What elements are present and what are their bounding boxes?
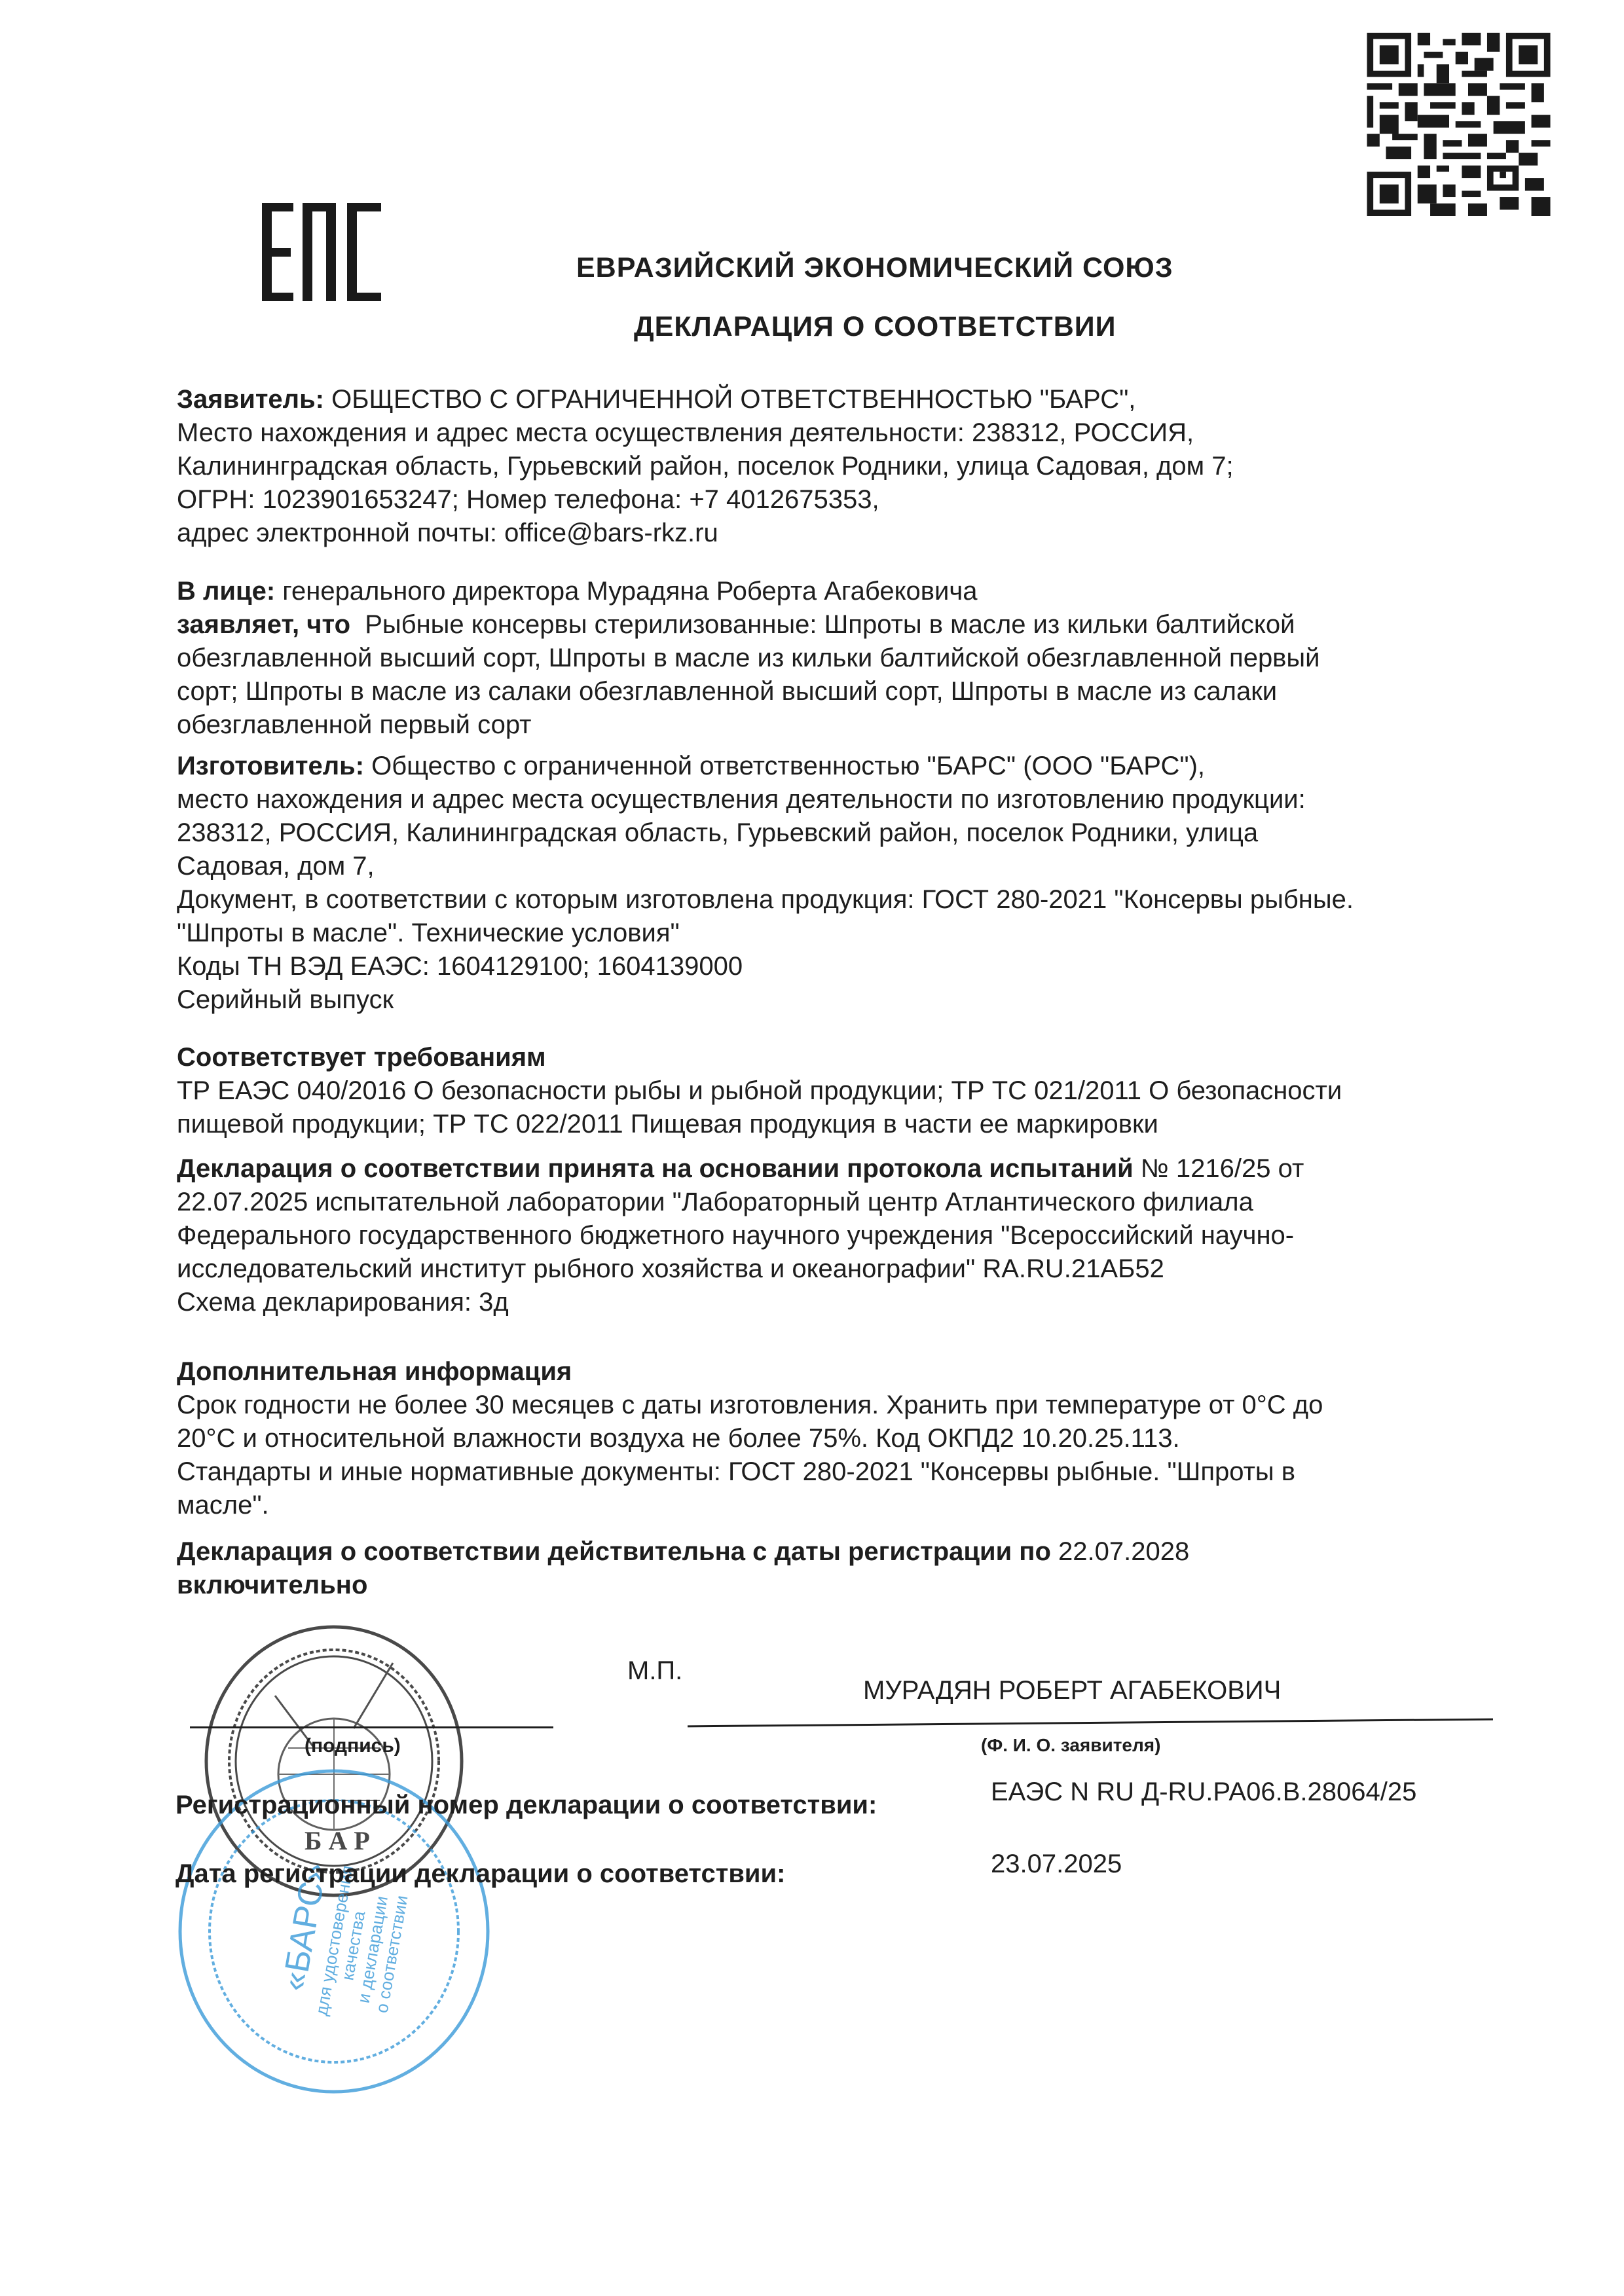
representative-label: В лице:: [177, 577, 275, 606]
signer-name: МУРАДЯН РОБЕРТ АГАБЕКОВИЧ: [863, 1676, 1281, 1705]
protocol-number: № 1216/25 от: [1134, 1154, 1304, 1183]
applicant-ogrn-phone: ОГРН: 1023901653247; Номер телефона: +7 …: [177, 483, 1539, 517]
applicant-name: ОБЩЕСТВО С ОГРАНИЧЕННОЙ ОТВЕТСТВЕННОСТЬЮ…: [324, 385, 1135, 414]
basis-line: 22.07.2025 испытательной лаборатории "Ла…: [177, 1186, 1539, 1219]
registration-date-label: Дата регистрации декларации о соответств…: [175, 1859, 785, 1889]
signature-line: [190, 1726, 553, 1728]
declares-label: заявляет, что: [177, 610, 350, 639]
validity-date: 22.07.2028: [1051, 1537, 1189, 1566]
product-description-line: обезглавленной первый сорт: [177, 708, 1539, 742]
applicant-email: адрес электронной почты: office@bars-rkz…: [177, 517, 1539, 550]
product-description-line: обезглавленной высший сорт, Шпроты в мас…: [177, 642, 1539, 675]
document-title: ДЕКЛАРАЦИЯ О СООТВЕТСТВИИ: [634, 311, 1116, 343]
additional-line: масле".: [177, 1489, 1539, 1522]
compliance-line: пищевой продукции; ТР ТС 022/2011 Пищева…: [177, 1108, 1539, 1141]
compliance-label: Соответствует требованиям: [177, 1041, 1539, 1074]
signature-caption: (подпись): [304, 1735, 401, 1757]
qr-code-icon: [1365, 33, 1552, 216]
applicant-address-line: Место нахождения и адрес места осуществл…: [177, 416, 1539, 450]
compliance-section: Соответствует требованиям ТР ЕАЭС 040/20…: [177, 1041, 1539, 1141]
representative-value: генерального директора Мурадяна Роберта …: [275, 577, 977, 606]
basis-section: Декларация о соответствии принята на осн…: [177, 1152, 1539, 1319]
applicant-address-line: Калининградская область, Гурьевский райо…: [177, 450, 1539, 483]
additional-label: Дополнительная информация: [177, 1355, 1539, 1389]
compliance-line: ТР ЕАЭС 040/2016 О безопасности рыбы и р…: [177, 1074, 1539, 1108]
basis-label: Декларация о соответствии принята на осн…: [177, 1154, 1134, 1183]
serial-production: Серийный выпуск: [177, 983, 1539, 1017]
manufacturer-line: 238312, РОССИЯ, Калининградская область,…: [177, 816, 1539, 850]
product-description-line: сорт; Шпроты в масле из салаки обезглавл…: [177, 675, 1539, 708]
signer-caption: (Ф. И. О. заявителя): [981, 1735, 1160, 1756]
eac-logo-icon: [262, 200, 393, 304]
validity-section: Декларация о соответствии действительна …: [177, 1535, 1539, 1602]
manufacturer-line: Садовая, дом 7,: [177, 850, 1539, 883]
product-description: Рыбные консервы стерилизованные: Шпроты …: [350, 610, 1295, 639]
validity-inclusive: включительно: [177, 1569, 1539, 1602]
registration-date-value: 23.07.2025: [991, 1850, 1122, 1879]
manufacturer-label: Изготовитель:: [177, 752, 364, 780]
additional-line: Стандарты и иные нормативные документы: …: [177, 1455, 1539, 1489]
union-title: ЕВРАЗИЙСКИЙ ЭКОНОМИЧЕСКИЙ СОЮЗ: [576, 252, 1173, 284]
representative-section: В лице: генерального директора Мурадяна …: [177, 575, 1539, 742]
applicant-section: Заявитель: ОБЩЕСТВО С ОГРАНИЧЕННОЙ ОТВЕТ…: [177, 383, 1539, 550]
additional-line: 20°С и относительной влажности воздуха н…: [177, 1422, 1539, 1455]
tn-ved-codes: Коды ТН ВЭД ЕАЭС: 1604129100; 1604139000: [177, 950, 1539, 983]
additional-line: Срок годности не более 30 месяцев с даты…: [177, 1389, 1539, 1422]
manufacturer-name: Общество с ограниченной ответственностью…: [364, 752, 1205, 780]
declaration-scheme: Схема декларирования: 3д: [177, 1286, 1539, 1319]
manufacturer-section: Изготовитель: Общество с ограниченной от…: [177, 750, 1539, 1017]
stamp-placeholder-label: М.П.: [627, 1656, 682, 1686]
signer-name-line: [688, 1719, 1493, 1728]
manufacturer-standard: Документ, в соответствии с которым изгот…: [177, 883, 1539, 917]
additional-section: Дополнительная информация Срок годности …: [177, 1355, 1539, 1522]
registration-number-value: ЕАЭС N RU Д-RU.РА06.В.28064/25: [991, 1777, 1416, 1807]
validity-label: Декларация о соответствии действительна …: [177, 1537, 1051, 1566]
manufacturer-standard: "Шпроты в масле". Технические условия": [177, 917, 1539, 950]
basis-line: исследовательский институт рыбного хозяй…: [177, 1252, 1539, 1286]
registration-number-label: Регистрационный номер декларации о соотв…: [175, 1791, 877, 1820]
basis-line: Федерального государственного бюджетного…: [177, 1219, 1539, 1252]
manufacturer-line: место нахождения и адрес места осуществл…: [177, 783, 1539, 816]
applicant-label: Заявитель:: [177, 385, 324, 414]
